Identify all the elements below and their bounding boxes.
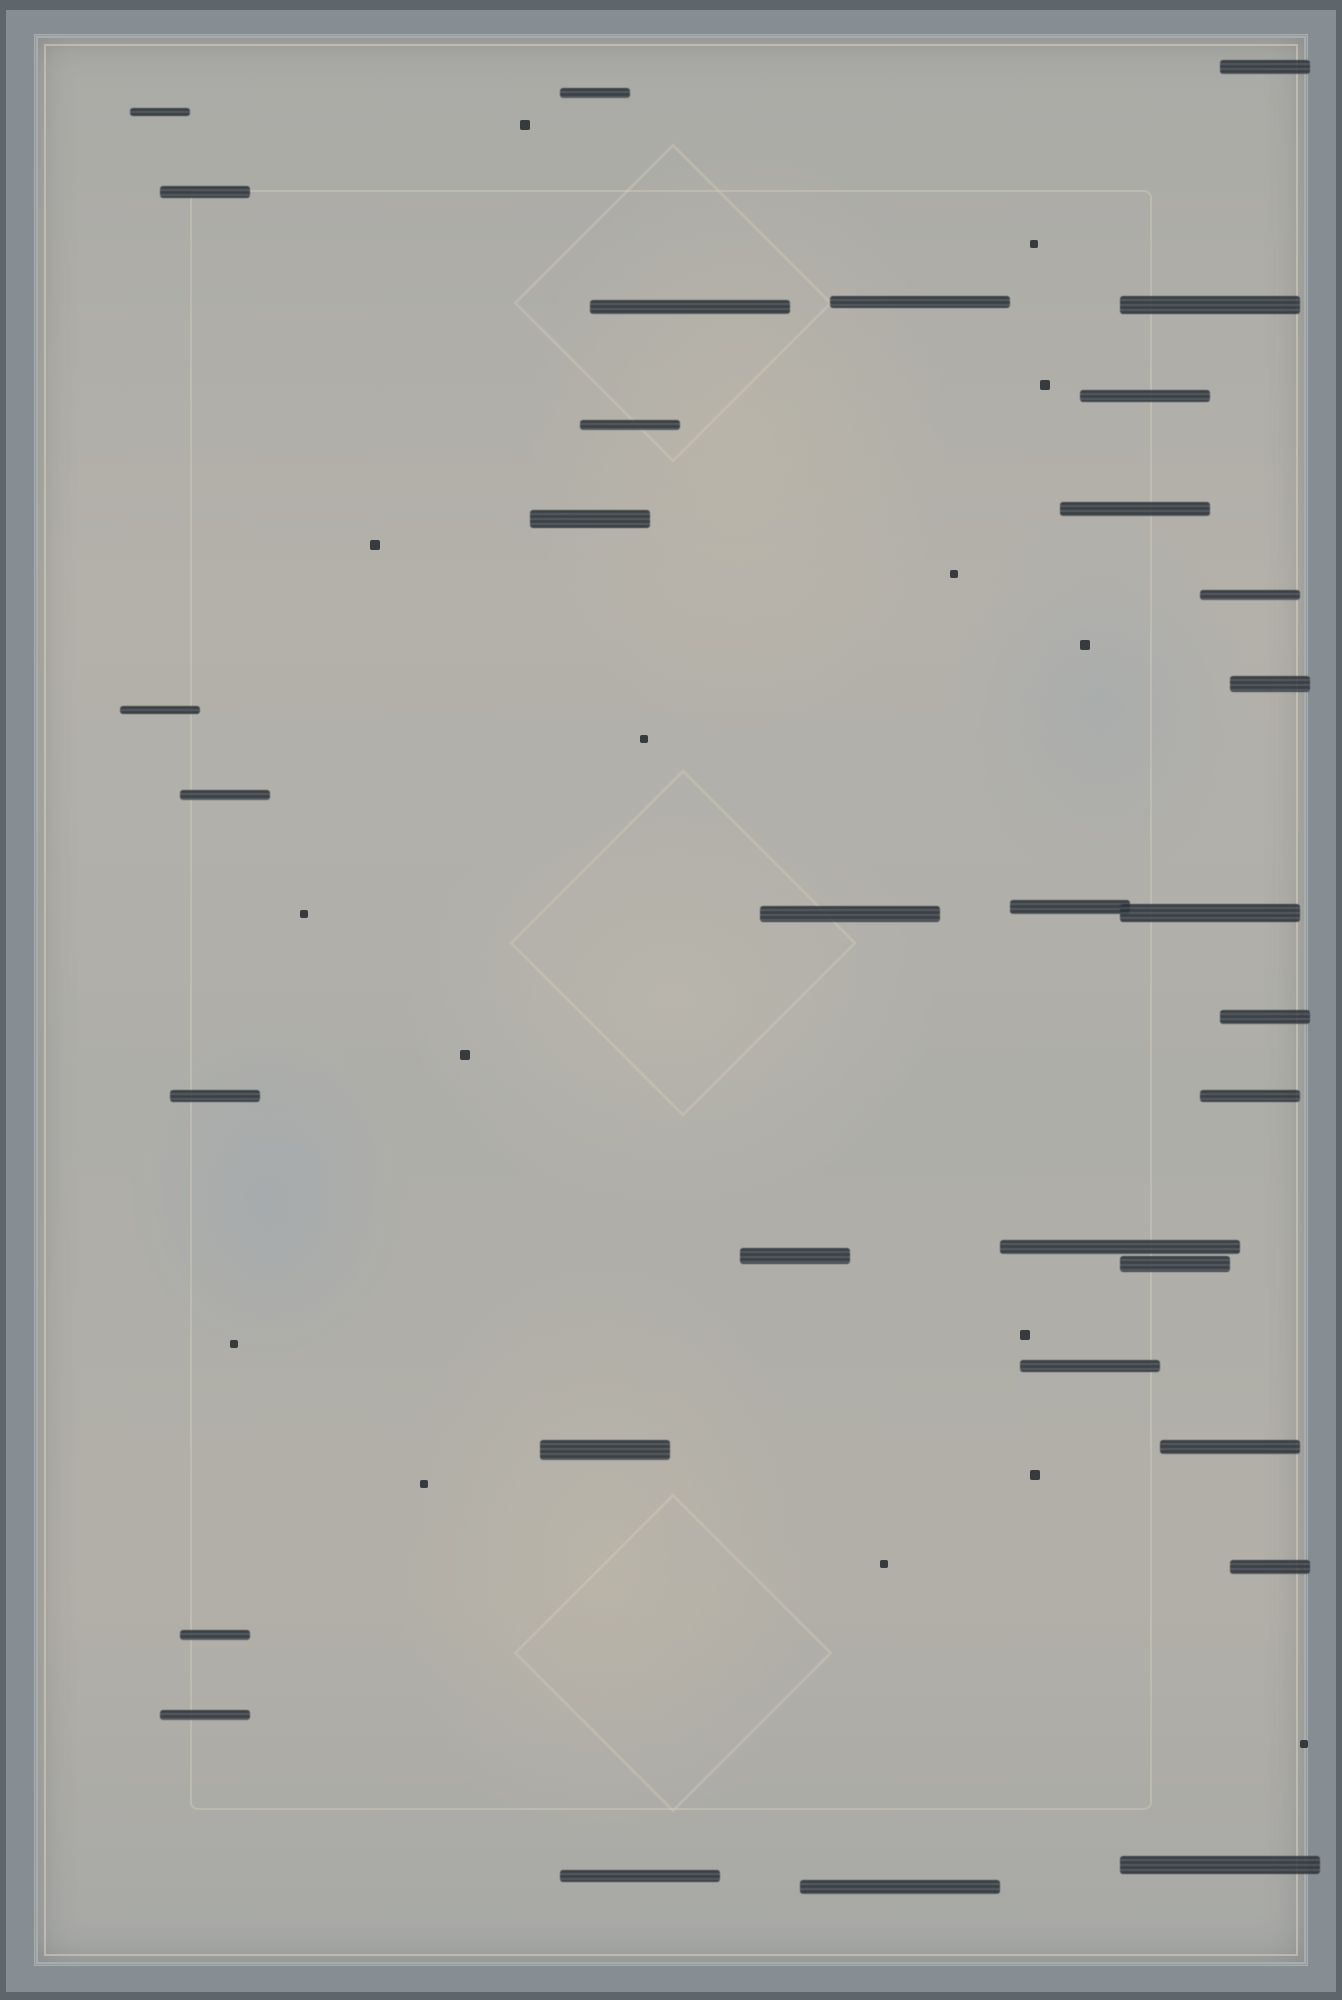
distress-streak [1120, 1856, 1320, 1874]
distress-streak [530, 510, 650, 528]
distress-streak [180, 790, 270, 800]
distress-streak [1160, 1440, 1300, 1454]
distress-streak [1230, 1560, 1310, 1574]
distress-streak [1230, 676, 1310, 692]
distress-streak [1200, 590, 1300, 600]
distress-streak [160, 1710, 250, 1720]
distress-streak [740, 1248, 850, 1264]
distress-streak [1200, 1090, 1300, 1102]
distress-speck [1080, 640, 1090, 650]
distress-streak [1010, 900, 1130, 914]
distress-streak [580, 420, 680, 430]
distress-streak [760, 906, 940, 922]
distress-streak [120, 706, 200, 714]
distress-speck [230, 1340, 238, 1348]
distress-speck [460, 1050, 470, 1060]
distress-streak [1000, 1240, 1240, 1254]
rug-photo [0, 0, 1342, 2000]
distress-speck [1030, 240, 1038, 248]
distress-speck [880, 1560, 888, 1568]
distress-streak [1120, 904, 1300, 922]
distress-streak [180, 1630, 250, 1640]
distress-streak [1120, 296, 1300, 314]
distress-streak [800, 1880, 1000, 1894]
distress-streak [130, 108, 190, 116]
distress-streak [560, 88, 630, 98]
distress-streak [1060, 502, 1210, 516]
distress-speck [950, 570, 958, 578]
distress-speck [420, 1480, 428, 1488]
distress-speck [1040, 380, 1050, 390]
distress-streak [170, 1090, 260, 1102]
distress-streak [590, 300, 790, 314]
distress-streak [540, 1440, 670, 1460]
distress-streak [1020, 1360, 1160, 1372]
distress-streak [830, 296, 1010, 308]
distress-streak [160, 186, 250, 198]
distress-speck [1300, 1740, 1308, 1748]
distress-speck [1030, 1470, 1040, 1480]
distress-streak [1080, 390, 1210, 402]
distress-streak [1220, 60, 1310, 74]
distress-streak [1220, 1010, 1310, 1024]
distress-streak [560, 1870, 720, 1882]
distress-streak [1120, 1256, 1230, 1272]
distress-speck [300, 910, 308, 918]
distress-speck [640, 735, 648, 743]
distress-speck [370, 540, 380, 550]
distress-speck [1020, 1330, 1030, 1340]
distress-speck [520, 120, 530, 130]
